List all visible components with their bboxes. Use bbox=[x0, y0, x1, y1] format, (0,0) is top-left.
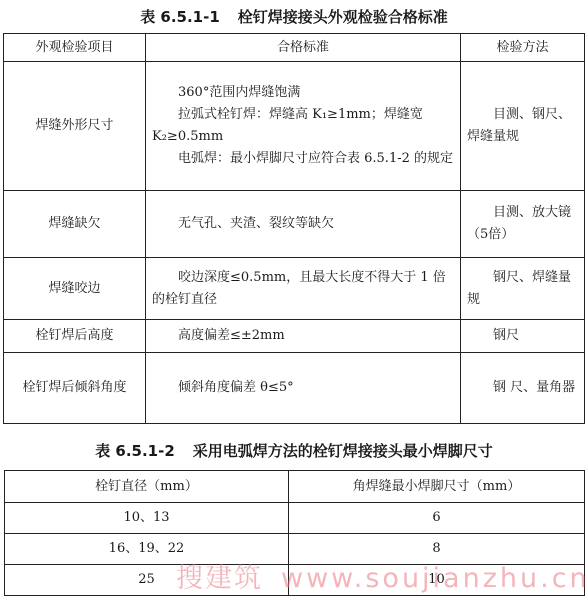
header-standard: 合格标准 bbox=[146, 34, 461, 62]
table2-caption-title: 采用电弧焊方法的栓钉焊接接头最小焊脚尺寸 bbox=[193, 442, 493, 460]
method-text: 钢尺 bbox=[467, 325, 578, 347]
cell-stud-diameter: 16、19、22 bbox=[5, 534, 289, 565]
row-item: 焊缝外形尺寸 bbox=[4, 62, 146, 191]
table-row: 焊缝咬边 咬边深度≤0.5mm，且最大长度不得大于 1 倍的栓钉直径 钢尺、焊缝… bbox=[4, 258, 585, 320]
row-item: 焊缝缺欠 bbox=[4, 191, 146, 258]
row-method: 目测、放大镜（5倍） bbox=[461, 191, 585, 258]
header-item: 外观检验项目 bbox=[4, 34, 146, 62]
table-row: 焊缝缺欠 无气孔、夹渣、裂纹等缺欠 目测、放大镜（5倍） bbox=[4, 191, 585, 258]
table1-caption-title: 栓钉焊接接头外观检验合格标准 bbox=[238, 8, 448, 26]
table-row: 栓钉焊后倾斜角度 倾斜角度偏差 θ≤5° 钢 尺、量角器 bbox=[4, 353, 585, 424]
standard-line: 360°范围内焊缝饱满 bbox=[152, 82, 454, 104]
row-standard: 倾斜角度偏差 θ≤5° bbox=[146, 353, 461, 424]
table2-caption-number: 表 6.5.1-2 bbox=[95, 442, 175, 460]
method-text: 钢尺、焊缝量规 bbox=[467, 267, 578, 311]
row-item: 栓钉焊后高度 bbox=[4, 320, 146, 353]
cell-min-weld-size: 10 bbox=[289, 565, 585, 596]
standard-line: 电弧焊：最小焊脚尺寸应符合表 6.5.1-2 的规定 bbox=[152, 148, 454, 170]
table1-caption: 表 6.5.1-1栓钉焊接接头外观检验合格标准 bbox=[0, 6, 588, 27]
row-standard: 咬边深度≤0.5mm，且最大长度不得大于 1 倍的栓钉直径 bbox=[146, 258, 461, 320]
method-text: 钢 尺、量角器 bbox=[467, 377, 578, 399]
row-standard: 360°范围内焊缝饱满 拉弧式栓钉焊：焊缝高 K₁≥1mm；焊缝宽 K₂≥0.5… bbox=[146, 62, 461, 191]
table1-caption-number: 表 6.5.1-1 bbox=[140, 8, 220, 26]
table2-caption: 表 6.5.1-2采用电弧焊方法的栓钉焊接接头最小焊脚尺寸 bbox=[0, 440, 588, 461]
row-item: 焊缝咬边 bbox=[4, 258, 146, 320]
table-row: 焊缝外形尺寸 360°范围内焊缝饱满 拉弧式栓钉焊：焊缝高 K₁≥1mm；焊缝宽… bbox=[4, 62, 585, 191]
table-row: 10、13 6 bbox=[5, 503, 585, 534]
row-standard: 高度偏差≤±2mm bbox=[146, 320, 461, 353]
min-weld-size-table: 栓钉直径（mm） 角焊缝最小焊脚尺寸（mm） 10、13 6 16、19、22 … bbox=[4, 470, 585, 596]
row-standard: 无气孔、夹渣、裂纹等缺欠 bbox=[146, 191, 461, 258]
cell-min-weld-size: 6 bbox=[289, 503, 585, 534]
method-text: 目测、钢尺、焊缝量规 bbox=[467, 104, 578, 148]
cell-min-weld-size: 8 bbox=[289, 534, 585, 565]
row-method: 目测、钢尺、焊缝量规 bbox=[461, 62, 585, 191]
header-stud-diameter: 栓钉直径（mm） bbox=[5, 471, 289, 503]
standard-line: 咬边深度≤0.5mm，且最大长度不得大于 1 倍的栓钉直径 bbox=[152, 267, 454, 311]
table-header-row: 外观检验项目 合格标准 检验方法 bbox=[4, 34, 585, 62]
inspection-standard-table: 外观检验项目 合格标准 检验方法 焊缝外形尺寸 360°范围内焊缝饱满 拉弧式栓… bbox=[3, 33, 585, 424]
table-header-row: 栓钉直径（mm） 角焊缝最小焊脚尺寸（mm） bbox=[5, 471, 585, 503]
table-row: 25 10 bbox=[5, 565, 585, 596]
method-text: 目测、放大镜（5倍） bbox=[467, 202, 578, 246]
table-row: 栓钉焊后高度 高度偏差≤±2mm 钢尺 bbox=[4, 320, 585, 353]
header-min-weld-size: 角焊缝最小焊脚尺寸（mm） bbox=[289, 471, 585, 503]
row-method: 钢尺 bbox=[461, 320, 585, 353]
standard-line: 高度偏差≤±2mm bbox=[152, 325, 454, 347]
row-method: 钢尺、焊缝量规 bbox=[461, 258, 585, 320]
row-method: 钢 尺、量角器 bbox=[461, 353, 585, 424]
cell-stud-diameter: 25 bbox=[5, 565, 289, 596]
cell-stud-diameter: 10、13 bbox=[5, 503, 289, 534]
standard-line: 拉弧式栓钉焊：焊缝高 K₁≥1mm；焊缝宽 K₂≥0.5mm bbox=[152, 104, 454, 148]
table-row: 16、19、22 8 bbox=[5, 534, 585, 565]
header-method: 检验方法 bbox=[461, 34, 585, 62]
row-item: 栓钉焊后倾斜角度 bbox=[4, 353, 146, 424]
standard-line: 无气孔、夹渣、裂纹等缺欠 bbox=[152, 213, 454, 235]
standard-line: 倾斜角度偏差 θ≤5° bbox=[152, 377, 454, 399]
